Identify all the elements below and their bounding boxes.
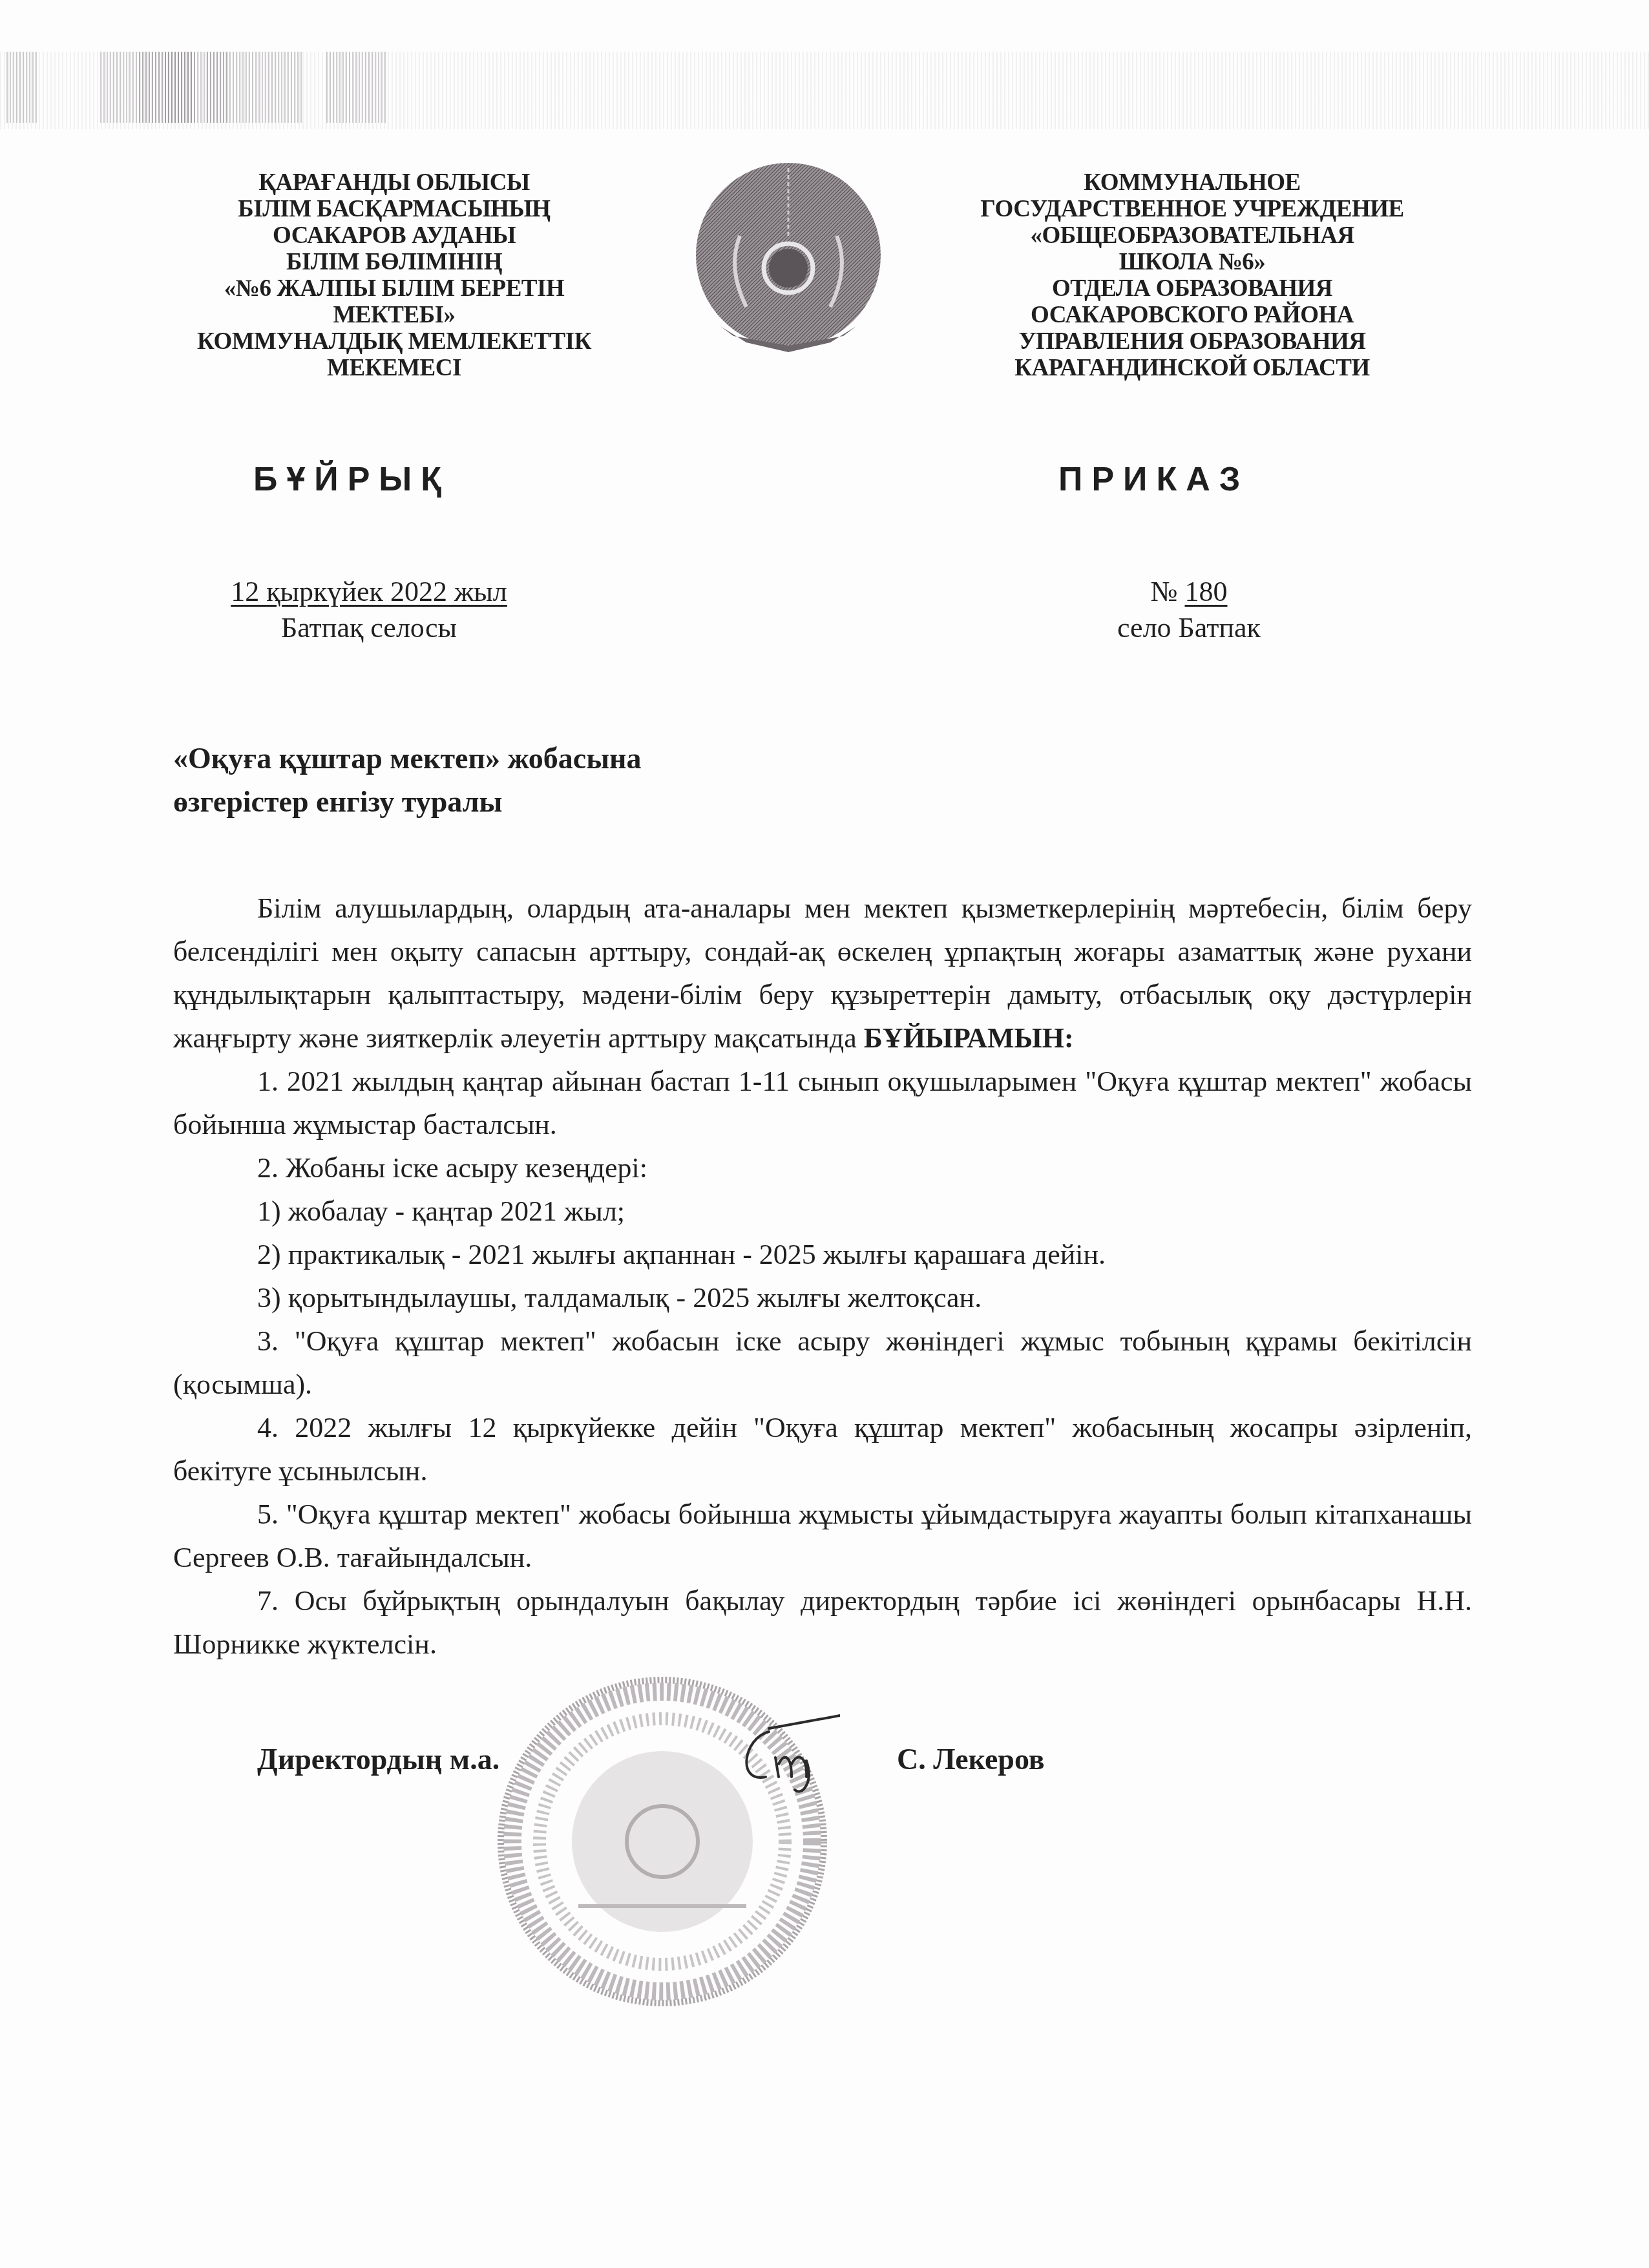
header-line: КОММУНАЛДЫҚ МЕМЛЕКЕТТІК [162,328,627,355]
order-item: 2. Жобаны іске асыру кезеңдері: [173,1146,1472,1190]
order-subitem: 2) практикалық - 2021 жылғы ақпаннан - 2… [173,1233,1472,1276]
header-line: ҚАРАҒАНДЫ ОБЛЫСЫ [162,169,627,196]
signatory-name: С. Лекеров [897,1742,1045,1776]
state-emblem-icon [695,158,882,352]
order-subitem: 3) қорытындылаушы, талдамалық - 2025 жыл… [173,1276,1472,1319]
header-line: КАРАГАНДИНСКОЙ ОБЛАСТИ [950,355,1434,381]
title-russian: ПРИКАЗ [1058,460,1249,499]
date-place-kazakh: 12 қыркүйек 2022 жыл Батпақ селосы [172,574,566,646]
order-item: 1. 2021 жылдың қаңтар айынан бастап 1-11… [173,1060,1472,1146]
order-item: 3. "Оқуға құштар мектеп" жобасын іске ас… [173,1319,1472,1406]
header-line: ОТДЕЛА ОБРАЗОВАНИЯ [950,275,1434,302]
order-body: Білім алушылардың, олардың ата-аналары м… [173,887,1472,1666]
header-line: БІЛІМ БӨЛІМІНІҢ [162,249,627,275]
header-line: ОСАКАРОВ АУДАНЫ [162,222,627,249]
preamble-paragraph: Білім алушылардың, олардың ата-аналары м… [173,887,1472,1060]
signatory-role: Директордың м.а. [257,1742,499,1776]
number-place-russian: № 180 село Батпак [1008,574,1370,646]
title-kazakh: БҰЙРЫҚ [253,460,450,499]
header-line: БІЛІМ БАСҚАРМАСЫНЫҢ [162,196,627,222]
header-line: КОММУНАЛЬНОЕ [950,169,1434,196]
order-item: 7. Осы бұйрықтың орындалуын бақылау дире… [173,1579,1472,1666]
order-item: 4. 2022 жылғы 12 қыркүйекке дейін "Оқуға… [173,1406,1472,1493]
place-kazakh: Батпақ селосы [172,610,566,646]
header-kazakh-institution: ҚАРАҒАНДЫ ОБЛЫСЫ БІЛІМ БАСҚАРМАСЫНЫҢ ОСА… [162,169,627,381]
header-line: «№6 ЖАЛПЫ БІЛІМ БЕРЕТІН [162,275,627,302]
header-line: ГОСУДАРСТВЕННОЕ УЧРЕЖДЕНИЕ [950,196,1434,222]
order-keyword: БҰЙЫРАМЫН: [864,1022,1074,1054]
header-line: «ОБЩЕОБРАЗОВАТЕЛЬНАЯ [950,222,1434,249]
place-russian: село Батпак [1008,610,1370,646]
order-item: 5. "Оқуға құштар мектеп" жобасы бойынша … [173,1493,1472,1579]
preamble-text: Білім алушылардың, олардың ата-аналары м… [173,892,1472,1054]
header-line: ОСАКАРОВСКОГО РАЙОНА [950,302,1434,328]
order-subject: «Оқуға құштар мектеп» жобасына өзгерісте… [173,737,642,823]
scan-artifact-band [0,52,1649,129]
order-subitem: 1) жобалау - қаңтар 2021 жыл; [173,1190,1472,1233]
number-prefix: № [1151,576,1185,607]
order-date: 12 қыркүйек 2022 жыл [231,576,507,607]
subject-line: өзгерістер енгізу туралы [173,780,642,823]
subject-line: «Оқуға құштар мектеп» жобасына [173,737,642,780]
header-line: УПРАВЛЕНИЯ ОБРАЗОВАНИЯ [950,328,1434,355]
header-line: МЕКТЕБІ» [162,302,627,328]
header-russian-institution: КОММУНАЛЬНОЕ ГОСУДАРСТВЕННОЕ УЧРЕЖДЕНИЕ … [950,169,1434,381]
header-line: МЕКЕМЕСІ [162,355,627,381]
header-line: ШКОЛА №6» [950,249,1434,275]
order-number: 180 [1184,576,1227,607]
handwritten-signature-icon [730,1712,840,1796]
